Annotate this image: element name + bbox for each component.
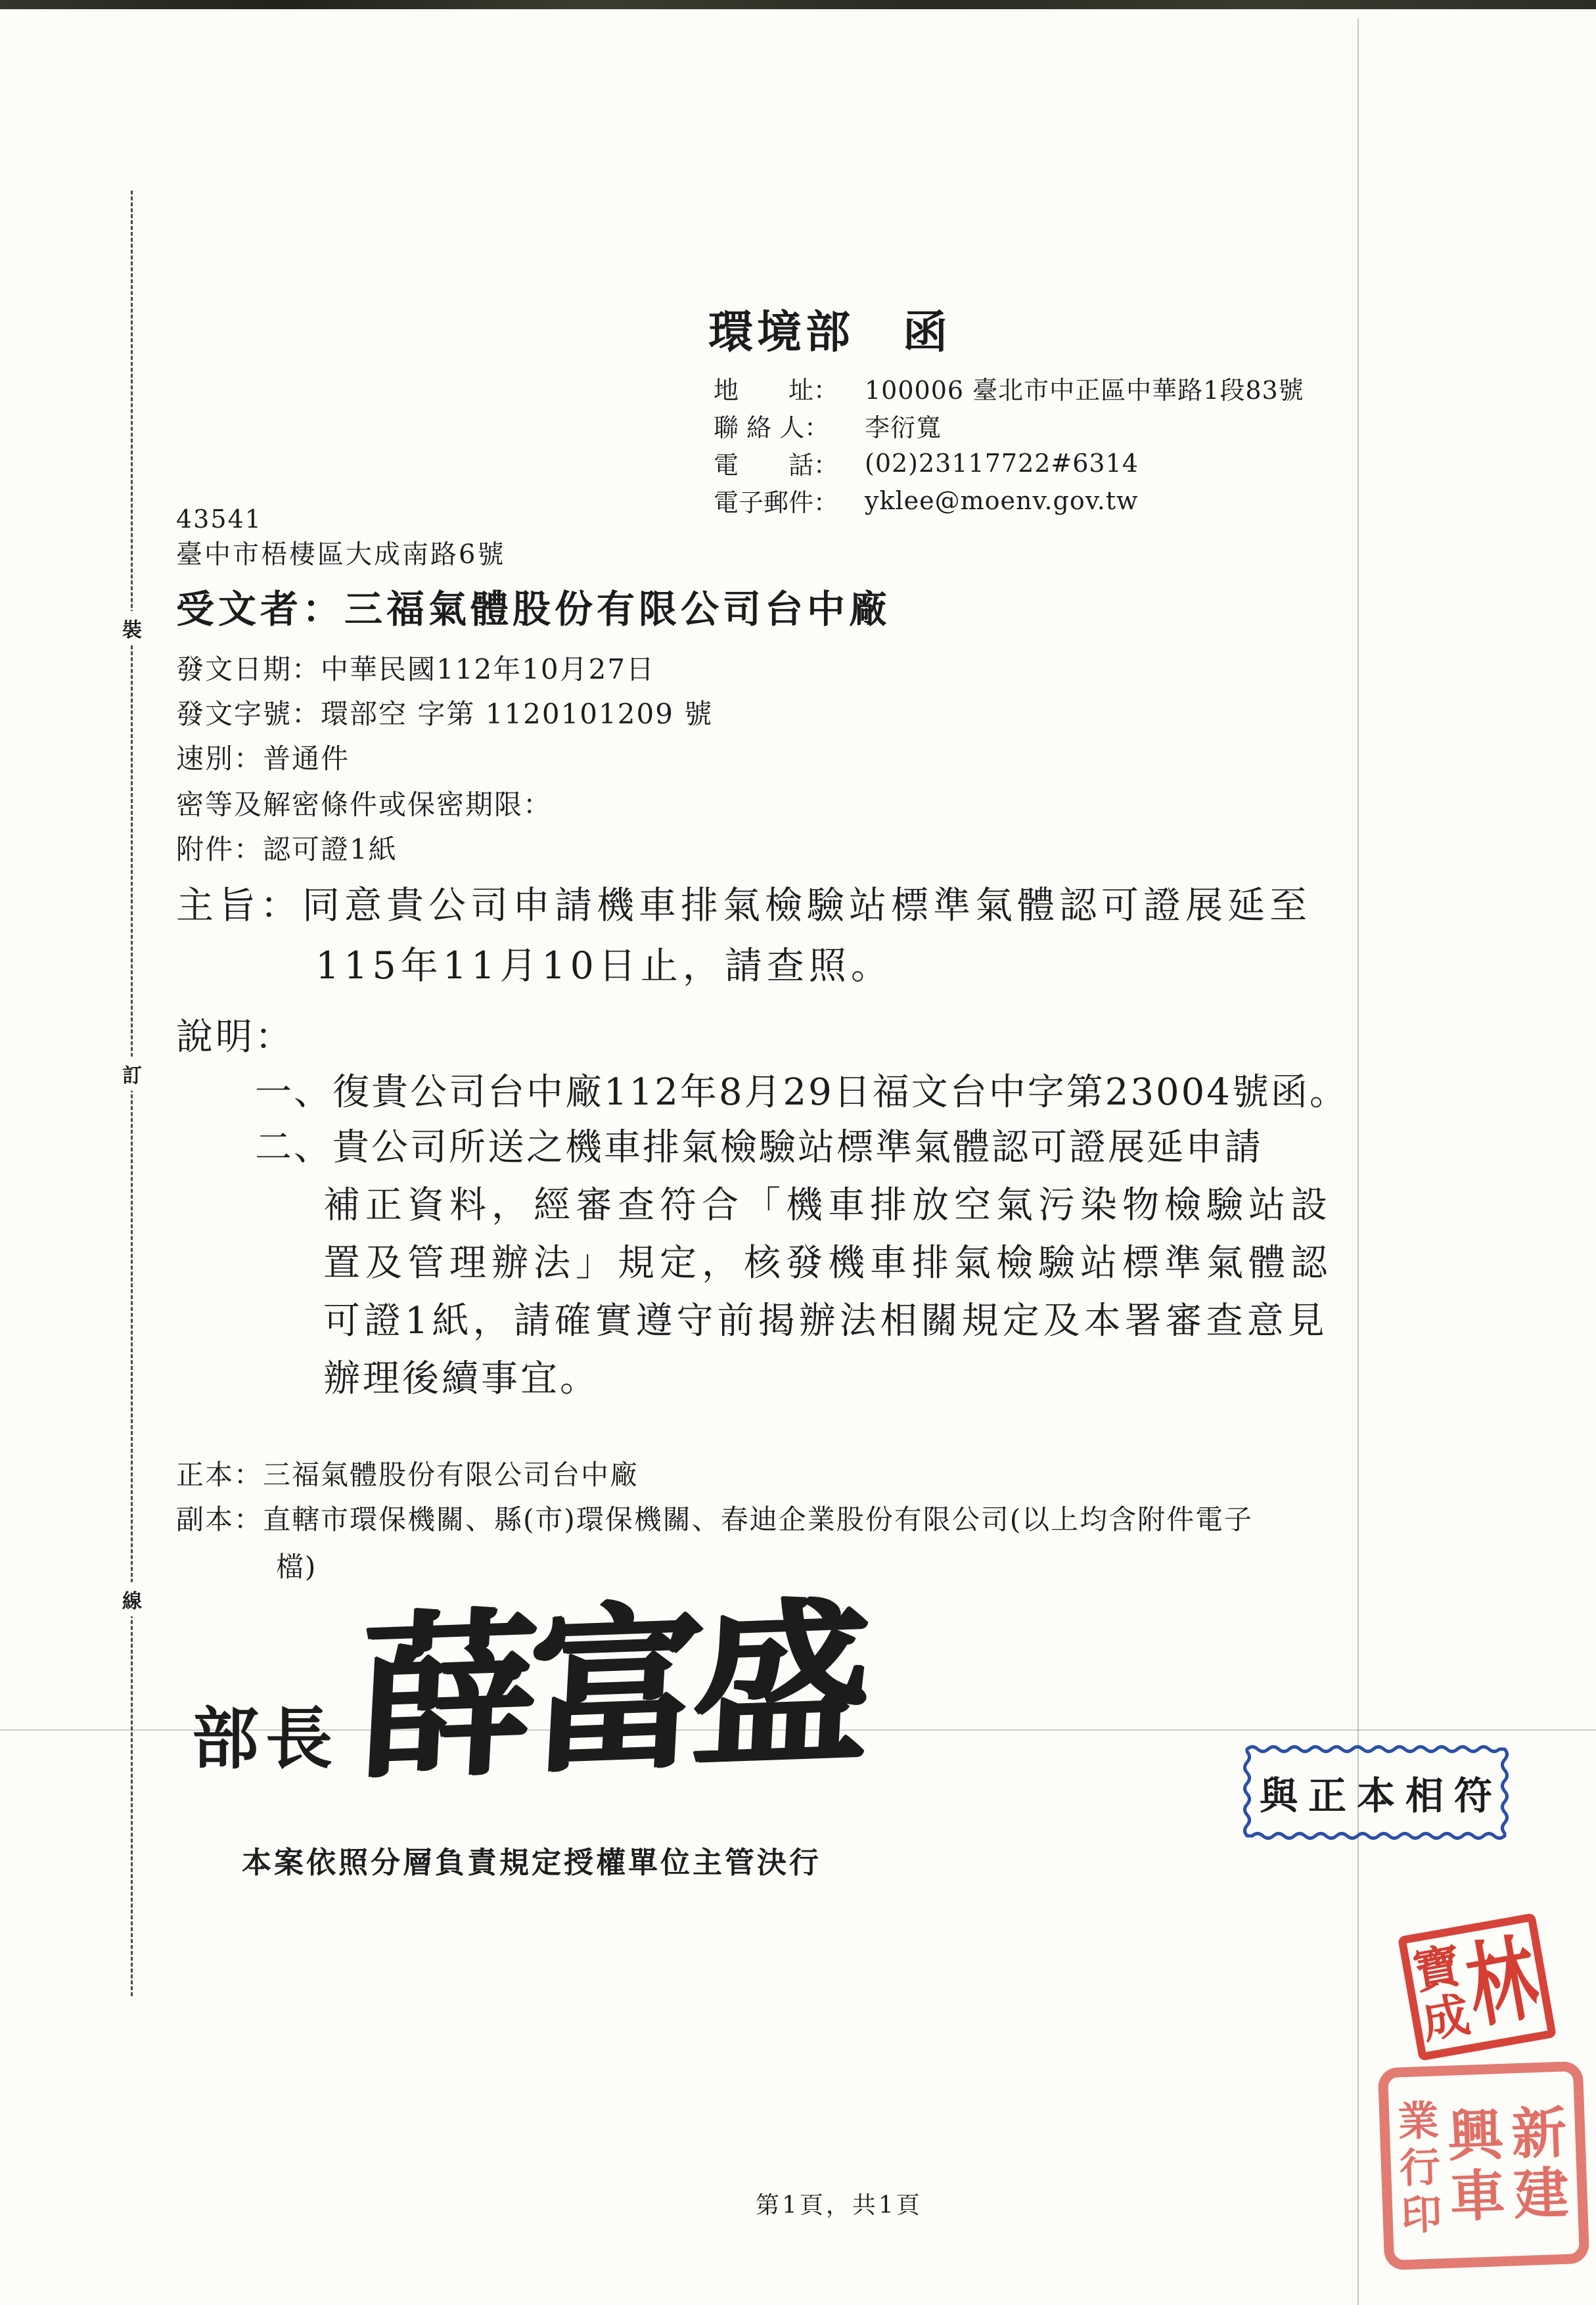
explanation-item-2-wrap-4: 辦理後續事宜。 [323, 1350, 599, 1402]
document-number-line: 發文字號：環部空 字第 1120101209 號 [176, 693, 713, 732]
explanation-item-2: 二、貴公司所送之機車排氣檢驗站標準氣體認可證展延申請 [255, 1118, 1263, 1171]
address-label: 地 址： [714, 370, 865, 406]
scanned-official-letter: 裝 訂 線 環境部 函 地 址： 100006 臺北市中正區中華路1段83號 聯… [0, 0, 1596, 2305]
contact-person-value: 李衍寬 [865, 407, 942, 444]
phone-value: (02)23117722#6314 [865, 449, 1139, 478]
cc-copy-line-1: 副本：直轄市環保機關、縣(市)環保機關、春迪企業股份有限公司(以上均含附件電子 [176, 1498, 1253, 1538]
binding-char-ding: 訂 [119, 1057, 145, 1091]
document-title: 環境部 函 [708, 297, 951, 361]
explanation-item-2-wrap-1: 補正資料，經審查符合「機車排放空氣污染物檢驗站設 [323, 1176, 1333, 1229]
subject-line-1: 主旨：同意貴公司申請機車排氣檢驗站標準氣體認可證展延至 [176, 875, 1311, 929]
company-seal: 新 建 興 車 業 行 印 [1378, 2061, 1590, 2271]
company-seal-char: 新 [1511, 2102, 1568, 2164]
letterhead-email-row: 電子郵件： yklee@moenv.gov.tw [714, 482, 1304, 519]
explanation-heading: 說明： [176, 1008, 294, 1061]
letterhead-address-row: 地 址： 100006 臺北市中正區中華路1段83號 [714, 369, 1304, 407]
minister-signature: 薛富盛 [355, 1594, 865, 1788]
certified-copy-stamp: 與正本相符 [1241, 1743, 1511, 1842]
page-number: 第1頁，共1頁 [756, 2187, 923, 2220]
letterhead-contact-row: 聯 絡 人： 李衍寬 [714, 407, 1304, 444]
priority-line: 速別：普通件 [176, 737, 350, 777]
company-seal-column-3: 業 行 印 [1397, 2097, 1442, 2239]
company-seal-char: 行 [1399, 2144, 1441, 2192]
explanation-item-2-wrap-2: 置及管理辦法」規定，核發機車排氣檢驗站標準氣體認 [323, 1234, 1333, 1287]
email-label: 電子郵件： [714, 482, 865, 518]
personal-name-seal: 林 寶 成 [1398, 1913, 1557, 2061]
original-copy-line: 正本：三福氣體股份有限公司台中廠 [176, 1453, 639, 1493]
issue-date-line: 發文日期：中華民國112年10月27日 [176, 648, 655, 687]
delegation-note: 本案依照分層負責規定授權單位主管決行 [242, 1838, 821, 1881]
personal-seal-char-cheng: 成 [1418, 1989, 1473, 2046]
cc-copy-line-2: 檔) [276, 1545, 317, 1585]
subject-line-2: 115年11月10日止，請查照。 [315, 936, 893, 990]
recipient-line: 受文者：三福氣體股份有限公司台中廠 [176, 578, 891, 633]
company-seal-char: 建 [1513, 2163, 1570, 2225]
explanation-item-2-wrap-3: 可證1紙，請確實遵守前揭辦法相關規定及本署審查意見 [323, 1292, 1329, 1344]
classification-line: 密等及解密條件或保密期限： [176, 783, 552, 823]
letterhead-phone-row: 電 話： (02)23117722#6314 [714, 444, 1304, 482]
attachment-line: 附件：認可證1紙 [176, 828, 398, 867]
personal-seal-char-lin: 林 [1461, 1931, 1544, 2034]
address-value: 100006 臺北市中正區中華路1段83號 [865, 370, 1304, 406]
contact-person-label: 聯 絡 人： [714, 407, 865, 444]
company-seal-char: 興 [1447, 2105, 1504, 2167]
company-seal-char: 業 [1397, 2097, 1439, 2145]
letterhead-contact-info: 地 址： 100006 臺北市中正區中華路1段83號 聯 絡 人： 李衍寬 電 … [714, 369, 1304, 519]
binding-char-xian: 線 [119, 1582, 145, 1616]
company-seal-char: 車 [1449, 2165, 1506, 2227]
certified-copy-stamp-text: 與正本相符 [1241, 1743, 1511, 1842]
scan-fold-line-vertical [1357, 18, 1359, 2305]
company-seal-column-1: 新 建 [1511, 2102, 1570, 2225]
phone-label: 電 話： [714, 445, 865, 481]
email-value: yklee@moenv.gov.tw [865, 486, 1139, 515]
explanation-item-1: 一、復貴公司台中廠112年8月29日福文台中字第23004號函。 [255, 1063, 1348, 1116]
recipient-address: 臺中市梧棲區大成南路6號 [176, 534, 505, 571]
company-seal-column-2: 興 車 [1447, 2105, 1506, 2228]
recipient-zip-code: 43541 [176, 505, 262, 534]
minister-title: 部長 [192, 1686, 339, 1782]
binding-dotted-line [131, 191, 133, 1996]
scan-edge-band [0, 0, 1596, 9]
binding-char-zhuang: 裝 [119, 611, 145, 645]
company-seal-char: 印 [1400, 2191, 1442, 2239]
